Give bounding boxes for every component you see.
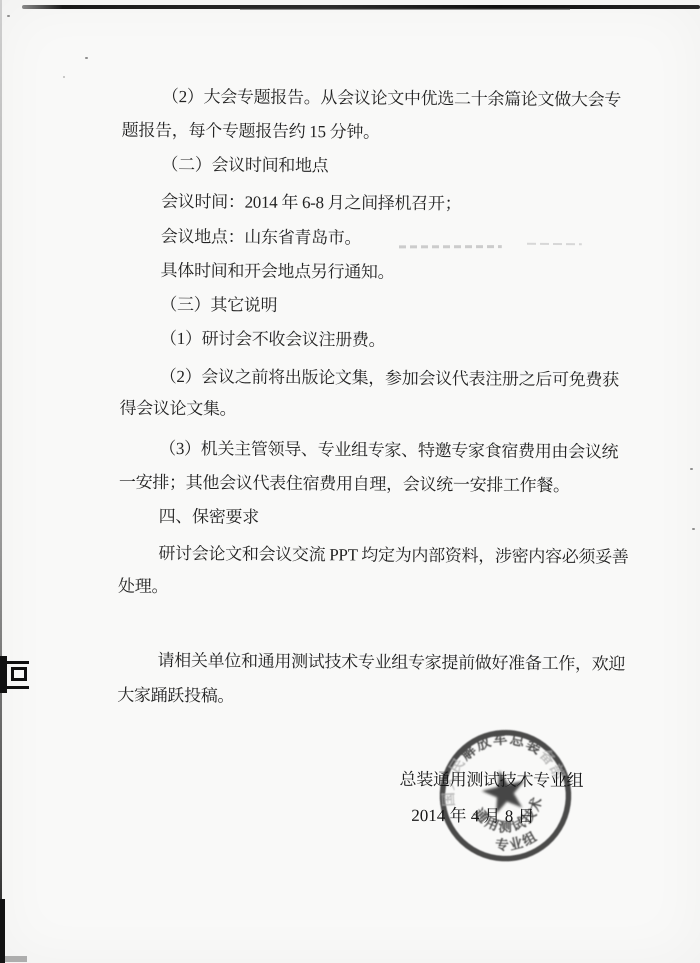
doc-line-4: 会议时间：2014 年 6-8 月之间择机召开； xyxy=(121,185,661,223)
doc-line-8: （1）研讨会不收会议注册费。 xyxy=(120,322,660,360)
signature-organization: 总装通用测试技术专业组 xyxy=(400,765,584,791)
official-seal-stamp: 国人民解放军总装备部 通用测试技术 专业组 xyxy=(430,720,581,871)
doc-line-10: 得会议论文集。 xyxy=(119,392,659,430)
doc-line-11: （3）机关主管领导、专业组专家、特邀专家食宿费用由会议统 xyxy=(119,432,659,470)
doc-line-1: （2）大会专题报告。从会议论文中优选二十余篇论文做大会专 xyxy=(122,80,662,118)
doc-line-13: 四、保密要求 xyxy=(119,500,659,538)
doc-line-2: 题报告，每个专题报告约 15 分钟。 xyxy=(122,114,662,152)
doc-line-17: 大家踊跃投稿。 xyxy=(117,679,657,717)
signature-date: 2014 年 4 月 8 日 xyxy=(411,801,534,827)
doc-line-16: 请相关单位和通用测试技术专业组专家提前做好准备工作，欢迎 xyxy=(117,644,657,682)
scan-smudge-line xyxy=(399,245,502,248)
scan-smudge-line xyxy=(527,243,582,245)
doc-line-15: 处理。 xyxy=(118,570,658,608)
doc-line-6: 具体时间和开会地点另行通知。 xyxy=(120,254,660,292)
doc-line-14: 研讨会论文和会议交流 PPT 均定为内部资料，涉密内容必须妥善 xyxy=(118,537,658,575)
doc-line-3: （二）会议时间和地点 xyxy=(121,148,661,186)
doc-line-12: 一安排；其他会议代表住宿费用自理，会议统一安排工作餐。 xyxy=(119,466,659,504)
document-body: （2）大会专题报告。从会议论文中优选二十余篇论文做大会专 题报告，每个专题报告约… xyxy=(117,80,662,717)
doc-line-7: （三）其它说明 xyxy=(120,288,660,326)
scanned-page: （2）大会专题报告。从会议论文中优选二十余篇论文做大会专 题报告，每个专题报告约… xyxy=(0,0,700,963)
doc-line-5: 会议地点：山东省青岛市。 xyxy=(121,220,661,258)
